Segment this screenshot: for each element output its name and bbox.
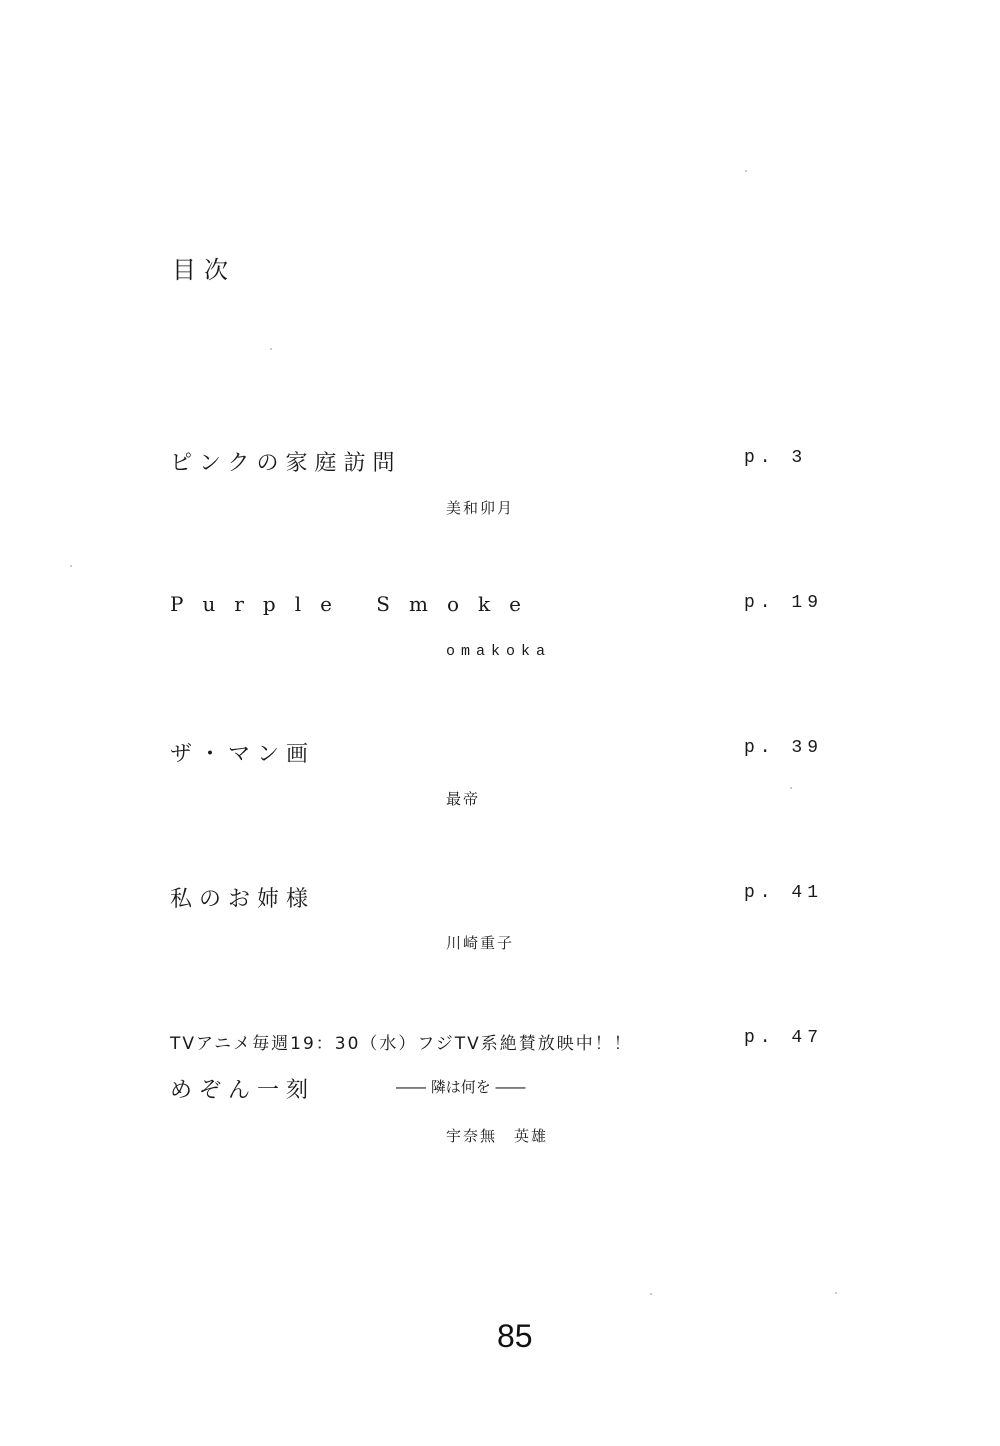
entry-author: omakoka bbox=[446, 643, 551, 660]
entry-page: p. 47 bbox=[744, 1028, 823, 1048]
entry-page: p. 3 bbox=[744, 448, 807, 468]
page-number: 85 bbox=[497, 1318, 533, 1355]
entry-author: 最帝 bbox=[446, 788, 480, 809]
entry-title: めぞん一刻 bbox=[170, 1073, 315, 1104]
entry-page: p. 41 bbox=[744, 883, 823, 903]
entry-author: 川崎重子 bbox=[446, 932, 514, 953]
scan-speck bbox=[70, 565, 72, 567]
scan-speck bbox=[835, 1292, 837, 1294]
entry-title: ザ・マン画 bbox=[170, 737, 315, 768]
entry-title: ピンクの家庭訪問 bbox=[170, 446, 402, 477]
scan-speck bbox=[745, 170, 747, 172]
entry-author: 宇奈無 英雄 bbox=[446, 1125, 548, 1146]
entry-author: 美和卯月 bbox=[446, 497, 514, 518]
scan-speck bbox=[650, 1293, 652, 1295]
entry-page: p. 39 bbox=[744, 738, 823, 758]
entry-tagline: TVアニメ毎週19：30（水）フジTV系絶賛放映中！！ bbox=[170, 1029, 633, 1054]
entry-page: p. 19 bbox=[744, 593, 823, 613]
entry-title: 私のお姉様 bbox=[170, 882, 315, 913]
entry-subtitle: ―― 隣は何を ―― bbox=[396, 1076, 526, 1097]
toc-heading: 目次 bbox=[172, 250, 236, 285]
scan-speck bbox=[790, 787, 792, 789]
scan-speck bbox=[270, 348, 272, 350]
entry-title: Purple Smoke bbox=[170, 592, 540, 616]
